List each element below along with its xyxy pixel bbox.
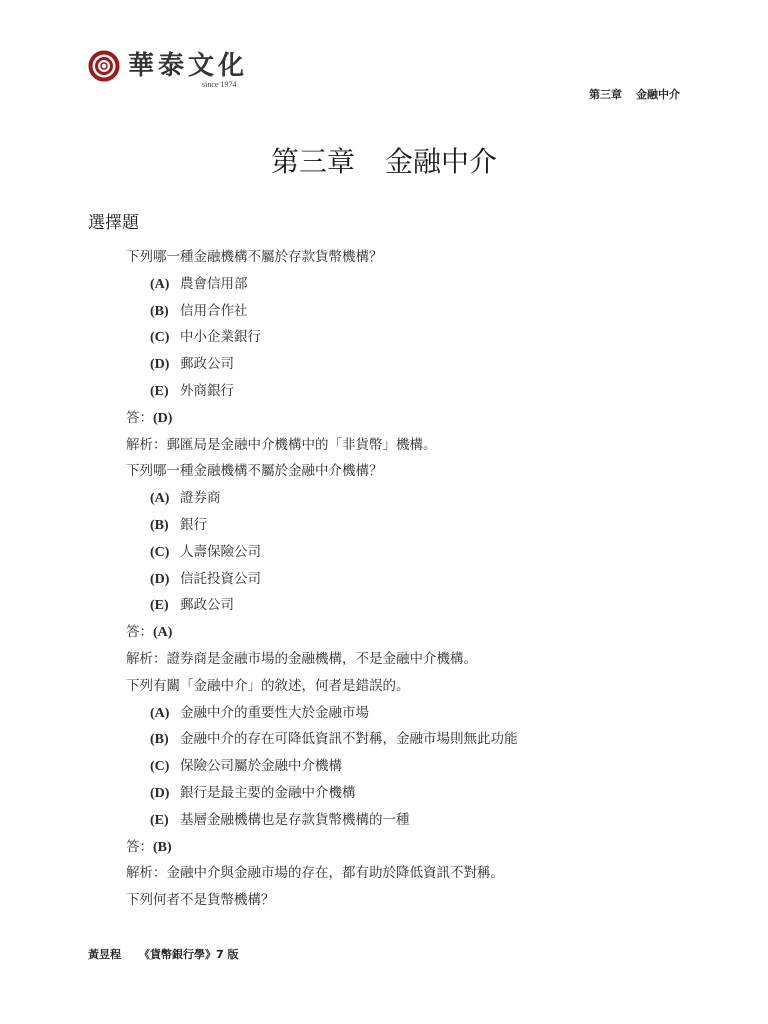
footer-author: 黃昱程 bbox=[88, 948, 121, 961]
option-text: 保險公司屬於金融中介機構 bbox=[180, 758, 342, 774]
option-letter: (C) bbox=[150, 756, 180, 778]
option-letter: (E) bbox=[150, 810, 180, 832]
option-letter: (C) bbox=[150, 542, 180, 564]
running-header-title: 金融中介 bbox=[636, 88, 680, 101]
publisher-name: 華泰文化 bbox=[128, 50, 248, 82]
option-text: 銀行 bbox=[180, 517, 207, 533]
option-item: (A)證券商 bbox=[126, 487, 686, 514]
option-letter: (C) bbox=[150, 327, 180, 349]
option-text: 郵政公司 bbox=[180, 597, 234, 613]
option-item: (D)郵政公司 bbox=[126, 353, 686, 380]
option-item: (B)銀行 bbox=[126, 514, 686, 541]
running-header-chapter: 第三章 bbox=[589, 88, 622, 101]
answer-label: 答： bbox=[126, 624, 153, 640]
option-letter: (B) bbox=[150, 729, 180, 751]
option-text: 信用合作社 bbox=[180, 303, 248, 319]
option-text: 信託投資公司 bbox=[180, 571, 261, 587]
option-letter: (D) bbox=[150, 783, 180, 805]
option-letter: (D) bbox=[150, 569, 180, 591]
chapter-name: 金融中介 bbox=[385, 145, 497, 178]
option-text: 金融中介的存在可降低資訊不對稱，金融市場則無此功能 bbox=[180, 731, 518, 747]
answer-line: 答：(A) bbox=[126, 621, 686, 648]
option-letter: (A) bbox=[150, 488, 180, 510]
option-letter: (B) bbox=[150, 515, 180, 537]
answer-label: 答： bbox=[126, 410, 153, 426]
option-item: (E)基層金融機構也是存款貨幣機構的一種 bbox=[126, 809, 686, 836]
answer-value: (D) bbox=[153, 411, 172, 426]
option-item: (E)外商銀行 bbox=[126, 380, 686, 407]
question-list: 下列哪一種金融機構不屬於存款貨幣機構？ (A)農會信用部 (B)信用合作社 (C… bbox=[126, 246, 686, 916]
option-text: 郵政公司 bbox=[180, 356, 234, 372]
option-item: (D)信託投資公司 bbox=[126, 568, 686, 595]
publisher-logo: 華泰文化 bbox=[88, 50, 248, 82]
spiral-logo-icon bbox=[88, 50, 120, 82]
running-header: 第三章金融中介 bbox=[589, 86, 680, 102]
publisher-since: since 1974 bbox=[202, 80, 236, 89]
option-text: 農會信用部 bbox=[180, 276, 248, 292]
question-prompt: 下列哪一種金融機構不屬於存款貨幣機構？ bbox=[126, 246, 686, 273]
explanation: 解析：證券商是金融市場的金融機構，不是金融中介機構。 bbox=[126, 648, 686, 675]
option-letter: (A) bbox=[150, 274, 180, 296]
answer-line: 答：(B) bbox=[126, 836, 686, 863]
option-text: 金融中介的重要性大於金融市場 bbox=[180, 705, 369, 721]
option-text: 銀行是最主要的金融中介機構 bbox=[180, 785, 356, 801]
explanation: 解析：金融中介與金融市場的存在，都有助於降低資訊不對稱。 bbox=[126, 862, 686, 889]
option-letter: (A) bbox=[150, 703, 180, 725]
answer-label: 答： bbox=[126, 839, 153, 855]
question-prompt: 下列哪一種金融機構不屬於金融中介機構？ bbox=[126, 460, 686, 487]
option-text: 外商銀行 bbox=[180, 383, 234, 399]
section-title: 選擇題 bbox=[88, 208, 139, 233]
option-item: (A)金融中介的重要性大於金融市場 bbox=[126, 702, 686, 729]
option-text: 基層金融機構也是存款貨幣機構的一種 bbox=[180, 812, 410, 828]
question-prompt: 下列何者不是貨幣機構？ bbox=[126, 889, 686, 916]
option-item: (B)信用合作社 bbox=[126, 300, 686, 327]
option-text: 中小企業銀行 bbox=[180, 329, 261, 345]
option-item: (C)保險公司屬於金融中介機構 bbox=[126, 755, 686, 782]
option-letter: (E) bbox=[150, 595, 180, 617]
option-item: (D)銀行是最主要的金融中介機構 bbox=[126, 782, 686, 809]
option-letter: (B) bbox=[150, 301, 180, 323]
answer-value: (A) bbox=[153, 625, 172, 640]
answer-line: 答：(D) bbox=[126, 407, 686, 434]
option-item: (A)農會信用部 bbox=[126, 273, 686, 300]
option-item: (C)人壽保險公司 bbox=[126, 541, 686, 568]
footer-book: 《貨幣銀行學》7 版 bbox=[139, 948, 238, 961]
explanation: 解析：郵匯局是金融中介機構中的「非貨幣」機構。 bbox=[126, 434, 686, 461]
option-item: (C)中小企業銀行 bbox=[126, 326, 686, 353]
page-footer: 黃昱程《貨幣銀行學》7 版 bbox=[88, 946, 238, 962]
question-prompt: 下列有關「金融中介」的敘述，何者是錯誤的。 bbox=[126, 675, 686, 702]
chapter-title: 第三章金融中介 bbox=[0, 140, 768, 180]
option-letter: (D) bbox=[150, 354, 180, 376]
option-item: (B)金融中介的存在可降低資訊不對稱，金融市場則無此功能 bbox=[126, 728, 686, 755]
option-letter: (E) bbox=[150, 381, 180, 403]
chapter-number: 第三章 bbox=[271, 145, 355, 178]
option-item: (E)郵政公司 bbox=[126, 594, 686, 621]
option-text: 人壽保險公司 bbox=[180, 544, 261, 560]
answer-value: (B) bbox=[153, 840, 172, 855]
option-text: 證券商 bbox=[180, 490, 221, 506]
